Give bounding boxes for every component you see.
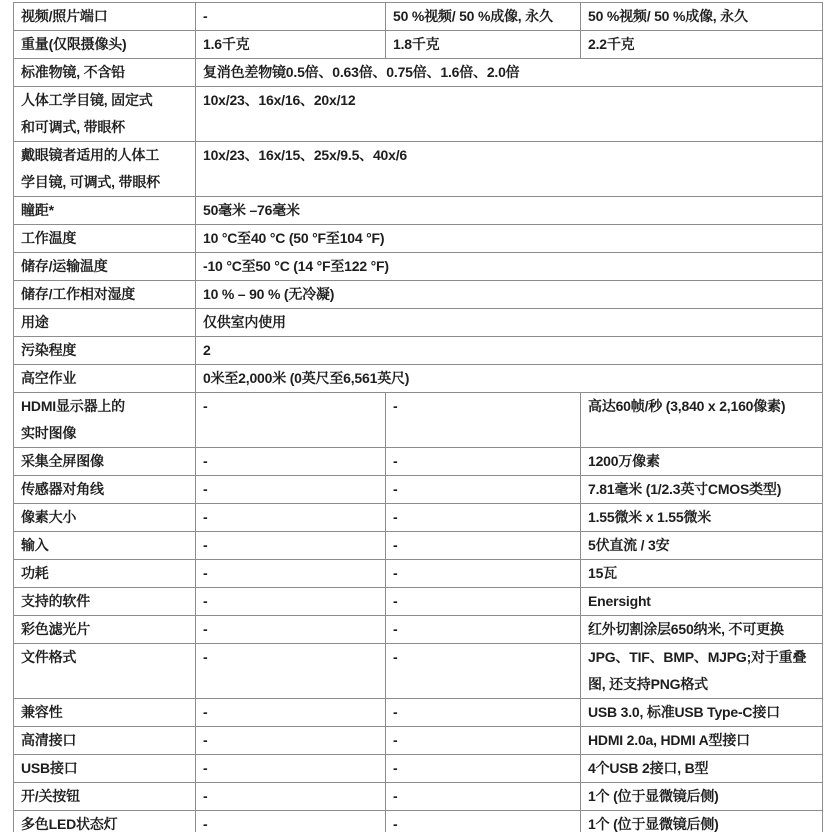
- cell-text-line: 储存/工作相对湿度: [21, 281, 188, 308]
- spec-label-cell: 视频/照片端口: [14, 3, 196, 31]
- spec-label-cell: 多色LED状态灯: [14, 811, 196, 832]
- cell-text-line: 2.2千克: [588, 31, 815, 58]
- spec-label-cell: 人体工学目镜, 固定式和可调式, 带眼杯: [14, 87, 196, 142]
- cell-text-line: 图, 还支持PNG格式: [588, 671, 815, 698]
- cell-text-line: -: [203, 393, 378, 420]
- cell-text-line: -: [393, 783, 573, 810]
- cell-text-line: -: [393, 644, 573, 671]
- spec-value-cell: -: [196, 504, 386, 532]
- cell-text-line: 和可调式, 带眼杯: [21, 114, 188, 141]
- spec-value-cell: 1个 (位于显微镜后侧): [581, 783, 823, 811]
- cell-text-line: -: [393, 476, 573, 503]
- cell-text-line: 10 % – 90 % (无冷凝): [203, 281, 815, 308]
- cell-text-line: 瞳距*: [21, 197, 188, 224]
- spec-label-cell: 彩色滤光片: [14, 616, 196, 644]
- cell-text-line: 1.55微米 x 1.55微米: [588, 504, 815, 531]
- cell-text-line: 1.8千克: [393, 31, 573, 58]
- table-row: 用途仅供室内使用: [14, 309, 823, 337]
- spec-label-cell: USB接口: [14, 755, 196, 783]
- cell-text-line: -: [393, 811, 573, 832]
- spec-value-cell: 5伏直流 / 3安: [581, 532, 823, 560]
- table-row: USB接口--4个USB 2接口, B型: [14, 755, 823, 783]
- spec-value-cell: -: [196, 588, 386, 616]
- cell-text-line: 开/关按钮: [21, 783, 188, 810]
- spec-value-cell: -: [386, 699, 581, 727]
- cell-text-line: 仅供室内使用: [203, 309, 815, 336]
- cell-text-line: 工作温度: [21, 225, 188, 252]
- cell-text-line: 人体工学目镜, 固定式: [21, 87, 188, 114]
- cell-text-line: 实时图像: [21, 420, 188, 447]
- spec-label-cell: 瞳距*: [14, 197, 196, 225]
- spec-value-cell: -: [386, 393, 581, 448]
- spec-value-cell: -: [196, 476, 386, 504]
- table-row: 标准物镜, 不含铅复消色差物镜0.5倍、0.63倍、0.75倍、1.6倍、2.0…: [14, 59, 823, 87]
- table-row: 工作温度10 °C至40 °C (50 °F至104 °F): [14, 225, 823, 253]
- spec-page: 视频/照片端口-50 %视频/ 50 %成像, 永久50 %视频/ 50 %成像…: [0, 0, 839, 832]
- cell-text-line: 复消色差物镜0.5倍、0.63倍、0.75倍、1.6倍、2.0倍: [203, 59, 815, 86]
- spec-label-cell: 高清接口: [14, 727, 196, 755]
- cell-text-line: -: [393, 560, 573, 587]
- cell-text-line: 重量(仅限摄像头): [21, 31, 188, 58]
- cell-text-line: 1.6千克: [203, 31, 378, 58]
- table-row: 功耗--15瓦: [14, 560, 823, 588]
- spec-label-cell: 标准物镜, 不含铅: [14, 59, 196, 87]
- table-row: 开/关按钮--1个 (位于显微镜后侧): [14, 783, 823, 811]
- spec-label-cell: 传感器对角线: [14, 476, 196, 504]
- spec-label-cell: 高空作业: [14, 365, 196, 393]
- spec-value-cell: -: [196, 616, 386, 644]
- cell-text-line: 高达60帧/秒 (3,840 x 2,160像素): [588, 393, 815, 420]
- cell-text-line: 7.81毫米 (1/2.3英寸CMOS类型): [588, 476, 815, 503]
- spec-value-cell: 10 °C至40 °C (50 °F至104 °F): [196, 225, 823, 253]
- table-row: 高清接口--HDMI 2.0a, HDMI A型接口: [14, 727, 823, 755]
- cell-text-line: HDMI显示器上的: [21, 393, 188, 420]
- cell-text-line: -: [203, 560, 378, 587]
- spec-value-cell: -: [386, 532, 581, 560]
- cell-text-line: 1个 (位于显微镜后侧): [588, 811, 815, 832]
- cell-text-line: 10x/23、16x/16、20x/12: [203, 87, 815, 114]
- table-row: 储存/工作相对湿度10 % – 90 % (无冷凝): [14, 281, 823, 309]
- spec-label-cell: 污染程度: [14, 337, 196, 365]
- cell-text-line: -: [393, 532, 573, 559]
- table-row: 输入--5伏直流 / 3安: [14, 532, 823, 560]
- table-row: 兼容性--USB 3.0, 标准USB Type-C接口: [14, 699, 823, 727]
- cell-text-line: -: [203, 755, 378, 782]
- cell-text-line: 50毫米 –76毫米: [203, 197, 815, 224]
- cell-text-line: -: [203, 727, 378, 754]
- table-row: 支持的软件--Enersight: [14, 588, 823, 616]
- cell-text-line: 输入: [21, 532, 188, 559]
- spec-value-cell: -: [196, 560, 386, 588]
- cell-text-line: 4个USB 2接口, B型: [588, 755, 815, 782]
- spec-value-cell: -: [196, 393, 386, 448]
- spec-value-cell: -: [386, 504, 581, 532]
- spec-value-cell: -: [386, 448, 581, 476]
- spec-value-cell: JPG、TIF、BMP、MJPG;对于重叠图, 还支持PNG格式: [581, 644, 823, 699]
- table-row: 多色LED状态灯--1个 (位于显微镜后侧): [14, 811, 823, 832]
- cell-text-line: 功耗: [21, 560, 188, 587]
- spec-value-cell: 1.8千克: [386, 31, 581, 59]
- cell-text-line: -10 °C至50 °C (14 °F至122 °F): [203, 253, 815, 280]
- spec-label-cell: 功耗: [14, 560, 196, 588]
- cell-text-line: -: [203, 644, 378, 671]
- cell-text-line: 学目镜, 可调式, 带眼杯: [21, 169, 188, 196]
- table-row: 传感器对角线--7.81毫米 (1/2.3英寸CMOS类型): [14, 476, 823, 504]
- cell-text-line: -: [203, 504, 378, 531]
- spec-value-cell: -: [196, 3, 386, 31]
- cell-text-line: 多色LED状态灯: [21, 811, 188, 832]
- table-row: 污染程度2: [14, 337, 823, 365]
- cell-text-line: 文件格式: [21, 644, 188, 671]
- table-row: 文件格式--JPG、TIF、BMP、MJPG;对于重叠图, 还支持PNG格式: [14, 644, 823, 699]
- cell-text-line: -: [393, 755, 573, 782]
- cell-text-line: 采集全屏图像: [21, 448, 188, 475]
- cell-text-line: 0米至2,000米 (0英尺至6,561英尺): [203, 365, 815, 392]
- cell-text-line: -: [203, 476, 378, 503]
- cell-text-line: 50 %视频/ 50 %成像, 永久: [393, 3, 573, 30]
- table-row: 戴眼镜者适用的人体工学目镜, 可调式, 带眼杯10x/23、16x/15、25x…: [14, 142, 823, 197]
- spec-value-cell: -: [386, 755, 581, 783]
- spec-value-cell: 2.2千克: [581, 31, 823, 59]
- cell-text-line: 10 °C至40 °C (50 °F至104 °F): [203, 225, 815, 252]
- cell-text-line: 标准物镜, 不含铅: [21, 59, 188, 86]
- cell-text-line: 2: [203, 337, 815, 364]
- spec-label-cell: 储存/运输温度: [14, 253, 196, 281]
- spec-value-cell: 50 %视频/ 50 %成像, 永久: [386, 3, 581, 31]
- cell-text-line: 红外切割涂层650纳米, 不可更换: [588, 616, 815, 643]
- spec-value-cell: 15瓦: [581, 560, 823, 588]
- spec-value-cell: -: [196, 532, 386, 560]
- spec-value-cell: 1个 (位于显微镜后侧): [581, 811, 823, 832]
- spec-table-container: 视频/照片端口-50 %视频/ 50 %成像, 永久50 %视频/ 50 %成像…: [13, 2, 823, 832]
- cell-text-line: USB 3.0, 标准USB Type-C接口: [588, 699, 815, 726]
- spec-value-cell: -: [386, 811, 581, 832]
- cell-text-line: 50 %视频/ 50 %成像, 永久: [588, 3, 815, 30]
- spec-value-cell: 10x/23、16x/16、20x/12: [196, 87, 823, 142]
- spec-value-cell: 4个USB 2接口, B型: [581, 755, 823, 783]
- spec-value-cell: HDMI 2.0a, HDMI A型接口: [581, 727, 823, 755]
- spec-table-body: 视频/照片端口-50 %视频/ 50 %成像, 永久50 %视频/ 50 %成像…: [14, 3, 823, 832]
- spec-label-cell: 支持的软件: [14, 588, 196, 616]
- spec-value-cell: -: [386, 783, 581, 811]
- spec-value-cell: 0米至2,000米 (0英尺至6,561英尺): [196, 365, 823, 393]
- spec-value-cell: -: [386, 476, 581, 504]
- cell-text-line: 传感器对角线: [21, 476, 188, 503]
- spec-label-cell: 戴眼镜者适用的人体工学目镜, 可调式, 带眼杯: [14, 142, 196, 197]
- cell-text-line: 高空作业: [21, 365, 188, 392]
- cell-text-line: USB接口: [21, 755, 188, 782]
- cell-text-line: 用途: [21, 309, 188, 336]
- cell-text-line: -: [203, 699, 378, 726]
- spec-value-cell: -10 °C至50 °C (14 °F至122 °F): [196, 253, 823, 281]
- spec-value-cell: -: [386, 616, 581, 644]
- cell-text-line: 兼容性: [21, 699, 188, 726]
- spec-value-cell: -: [386, 727, 581, 755]
- cell-text-line: 5伏直流 / 3安: [588, 532, 815, 559]
- cell-text-line: -: [203, 811, 378, 832]
- cell-text-line: -: [393, 616, 573, 643]
- spec-value-cell: -: [386, 644, 581, 699]
- spec-value-cell: 红外切割涂层650纳米, 不可更换: [581, 616, 823, 644]
- spec-value-cell: Enersight: [581, 588, 823, 616]
- spec-value-cell: 仅供室内使用: [196, 309, 823, 337]
- spec-value-cell: 7.81毫米 (1/2.3英寸CMOS类型): [581, 476, 823, 504]
- table-row: 彩色滤光片--红外切割涂层650纳米, 不可更换: [14, 616, 823, 644]
- spec-label-cell: 工作温度: [14, 225, 196, 253]
- spec-label-cell: 像素大小: [14, 504, 196, 532]
- spec-value-cell: 50 %视频/ 50 %成像, 永久: [581, 3, 823, 31]
- table-row: 瞳距*50毫米 –76毫米: [14, 197, 823, 225]
- cell-text-line: 戴眼镜者适用的人体工: [21, 142, 188, 169]
- cell-text-line: 1个 (位于显微镜后侧): [588, 783, 815, 810]
- cell-text-line: -: [203, 448, 378, 475]
- spec-label-cell: 储存/工作相对湿度: [14, 281, 196, 309]
- cell-text-line: 彩色滤光片: [21, 616, 188, 643]
- cell-text-line: -: [203, 3, 378, 30]
- cell-text-line: -: [203, 616, 378, 643]
- cell-text-line: 污染程度: [21, 337, 188, 364]
- spec-value-cell: -: [196, 811, 386, 832]
- spec-value-cell: -: [196, 783, 386, 811]
- spec-value-cell: -: [196, 644, 386, 699]
- table-row: 重量(仅限摄像头)1.6千克1.8千克2.2千克: [14, 31, 823, 59]
- table-row: 高空作业0米至2,000米 (0英尺至6,561英尺): [14, 365, 823, 393]
- cell-text-line: -: [393, 699, 573, 726]
- cell-text-line: JPG、TIF、BMP、MJPG;对于重叠: [588, 644, 815, 671]
- table-row: 视频/照片端口-50 %视频/ 50 %成像, 永久50 %视频/ 50 %成像…: [14, 3, 823, 31]
- cell-text-line: 10x/23、16x/15、25x/9.5、40x/6: [203, 142, 815, 169]
- cell-text-line: -: [203, 588, 378, 615]
- spec-value-cell: -: [196, 755, 386, 783]
- spec-label-cell: 采集全屏图像: [14, 448, 196, 476]
- cell-text-line: 支持的软件: [21, 588, 188, 615]
- spec-value-cell: 10 % – 90 % (无冷凝): [196, 281, 823, 309]
- spec-label-cell: 重量(仅限摄像头): [14, 31, 196, 59]
- cell-text-line: 1200万像素: [588, 448, 815, 475]
- spec-value-cell: 复消色差物镜0.5倍、0.63倍、0.75倍、1.6倍、2.0倍: [196, 59, 823, 87]
- table-row: 人体工学目镜, 固定式和可调式, 带眼杯10x/23、16x/16、20x/12: [14, 87, 823, 142]
- cell-text-line: -: [393, 504, 573, 531]
- cell-text-line: 高清接口: [21, 727, 188, 754]
- table-row: 储存/运输温度-10 °C至50 °C (14 °F至122 °F): [14, 253, 823, 281]
- cell-text-line: -: [393, 588, 573, 615]
- spec-value-cell: USB 3.0, 标准USB Type-C接口: [581, 699, 823, 727]
- cell-text-line: -: [393, 393, 573, 420]
- spec-label-cell: 输入: [14, 532, 196, 560]
- cell-text-line: 15瓦: [588, 560, 815, 587]
- cell-text-line: -: [203, 783, 378, 810]
- table-row: HDMI显示器上的实时图像--高达60帧/秒 (3,840 x 2,160像素): [14, 393, 823, 448]
- spec-value-cell: -: [196, 699, 386, 727]
- spec-label-cell: 用途: [14, 309, 196, 337]
- spec-value-cell: 2: [196, 337, 823, 365]
- spec-label-cell: 兼容性: [14, 699, 196, 727]
- spec-value-cell: 50毫米 –76毫米: [196, 197, 823, 225]
- spec-value-cell: -: [196, 448, 386, 476]
- spec-value-cell: -: [196, 727, 386, 755]
- spec-table: 视频/照片端口-50 %视频/ 50 %成像, 永久50 %视频/ 50 %成像…: [13, 2, 823, 832]
- spec-value-cell: 1.55微米 x 1.55微米: [581, 504, 823, 532]
- cell-text-line: -: [203, 532, 378, 559]
- spec-label-cell: 开/关按钮: [14, 783, 196, 811]
- cell-text-line: -: [393, 727, 573, 754]
- cell-text-line: HDMI 2.0a, HDMI A型接口: [588, 727, 815, 754]
- spec-value-cell: 1.6千克: [196, 31, 386, 59]
- spec-value-cell: 10x/23、16x/15、25x/9.5、40x/6: [196, 142, 823, 197]
- table-row: 采集全屏图像--1200万像素: [14, 448, 823, 476]
- spec-value-cell: 高达60帧/秒 (3,840 x 2,160像素): [581, 393, 823, 448]
- cell-text-line: 像素大小: [21, 504, 188, 531]
- spec-label-cell: HDMI显示器上的实时图像: [14, 393, 196, 448]
- cell-text-line: -: [393, 448, 573, 475]
- cell-text-line: 储存/运输温度: [21, 253, 188, 280]
- spec-value-cell: -: [386, 588, 581, 616]
- cell-text-line: 视频/照片端口: [21, 3, 188, 30]
- spec-label-cell: 文件格式: [14, 644, 196, 699]
- cell-text-line: Enersight: [588, 588, 815, 615]
- spec-value-cell: 1200万像素: [581, 448, 823, 476]
- table-row: 像素大小--1.55微米 x 1.55微米: [14, 504, 823, 532]
- spec-value-cell: -: [386, 560, 581, 588]
